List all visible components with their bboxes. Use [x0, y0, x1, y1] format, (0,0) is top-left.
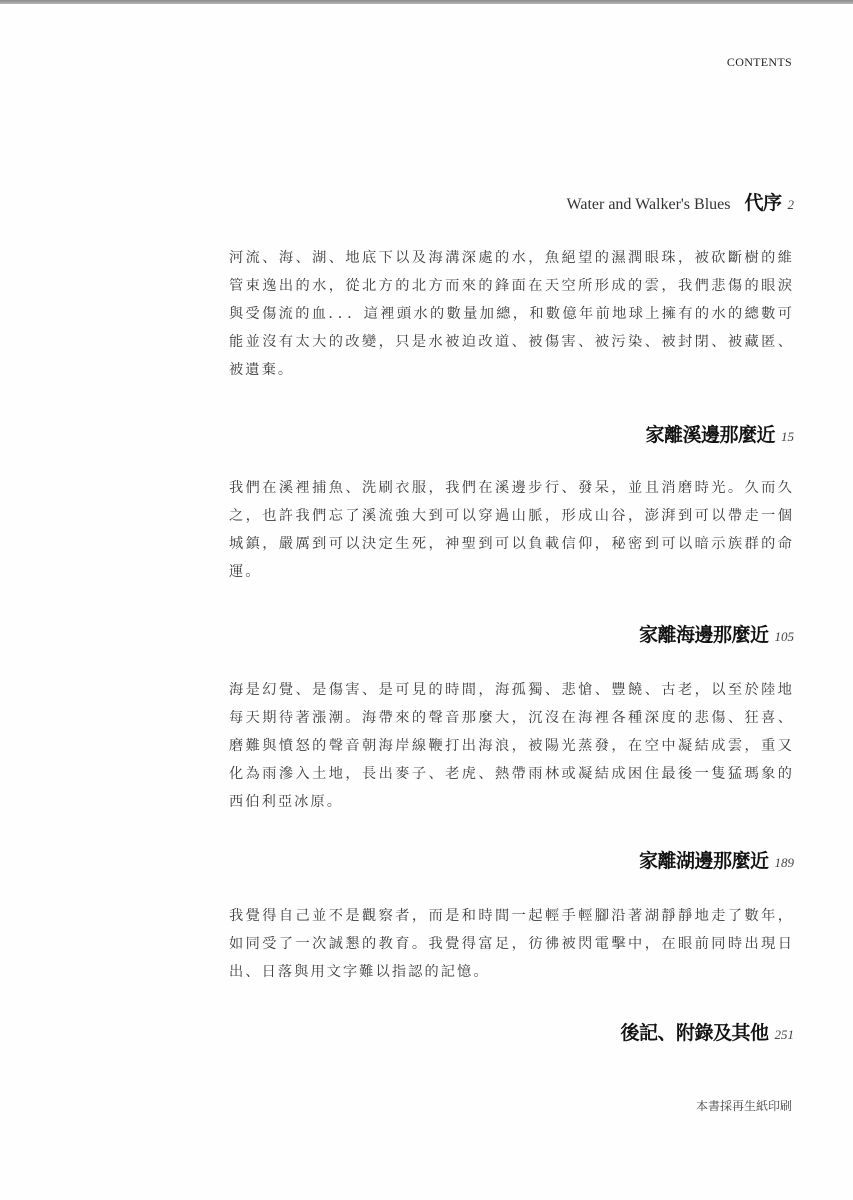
top-edge-bar [0, 0, 853, 4]
entry-summary: 河流、海、湖、地底下以及海溝深處的水，魚絕望的濕潤眼珠，被砍斷樹的維管束逸出的水… [229, 244, 794, 384]
entry-title: 代序 [744, 192, 781, 214]
entry-page-number: 2 [788, 197, 795, 212]
entry-page-number: 105 [775, 629, 795, 644]
entry-title: 家離海邊那麼近 [639, 624, 769, 646]
entry-page-number: 251 [775, 1027, 795, 1042]
toc-entry-sea-heading[interactable]: 家離海邊那麼近105 [639, 620, 794, 647]
entry-english-title: Water and Walker's Blues [567, 196, 731, 213]
toc-entry-preface-heading[interactable]: Water and Walker's Blues代序2 [567, 188, 794, 215]
toc-entry-afterword-heading[interactable]: 後記、附錄及其他251 [620, 1018, 794, 1045]
entry-page-number: 15 [781, 429, 794, 444]
entry-summary: 海是幻覺、是傷害、是可見的時間，海孤獨、悲愴、豐饒、古老，以至於陸地每天期待著漲… [229, 676, 794, 816]
entry-title: 後記、附錄及其他 [620, 1022, 768, 1044]
toc-entry-lake-heading[interactable]: 家離湖邊那麼近189 [639, 846, 794, 873]
recycled-paper-note: 本書採再生紙印刷 [696, 1097, 792, 1114]
entry-summary: 我們在溪裡捕魚、洗刷衣服，我們在溪邊步行、發呆，並且消磨時光。久而久之，也許我們… [229, 474, 794, 586]
entry-page-number: 189 [775, 855, 795, 870]
running-head: CONTENTS [727, 55, 792, 70]
toc-entry-creek-heading[interactable]: 家離溪邊那麼近15 [645, 420, 794, 447]
entry-title: 家離湖邊那麼近 [639, 850, 769, 872]
entry-summary: 我覺得自己並不是觀察者，而是和時間一起輕手輕腳沿著湖靜靜地走了數年，如同受了一次… [229, 902, 794, 986]
entry-title: 家離溪邊那麼近 [645, 424, 775, 446]
